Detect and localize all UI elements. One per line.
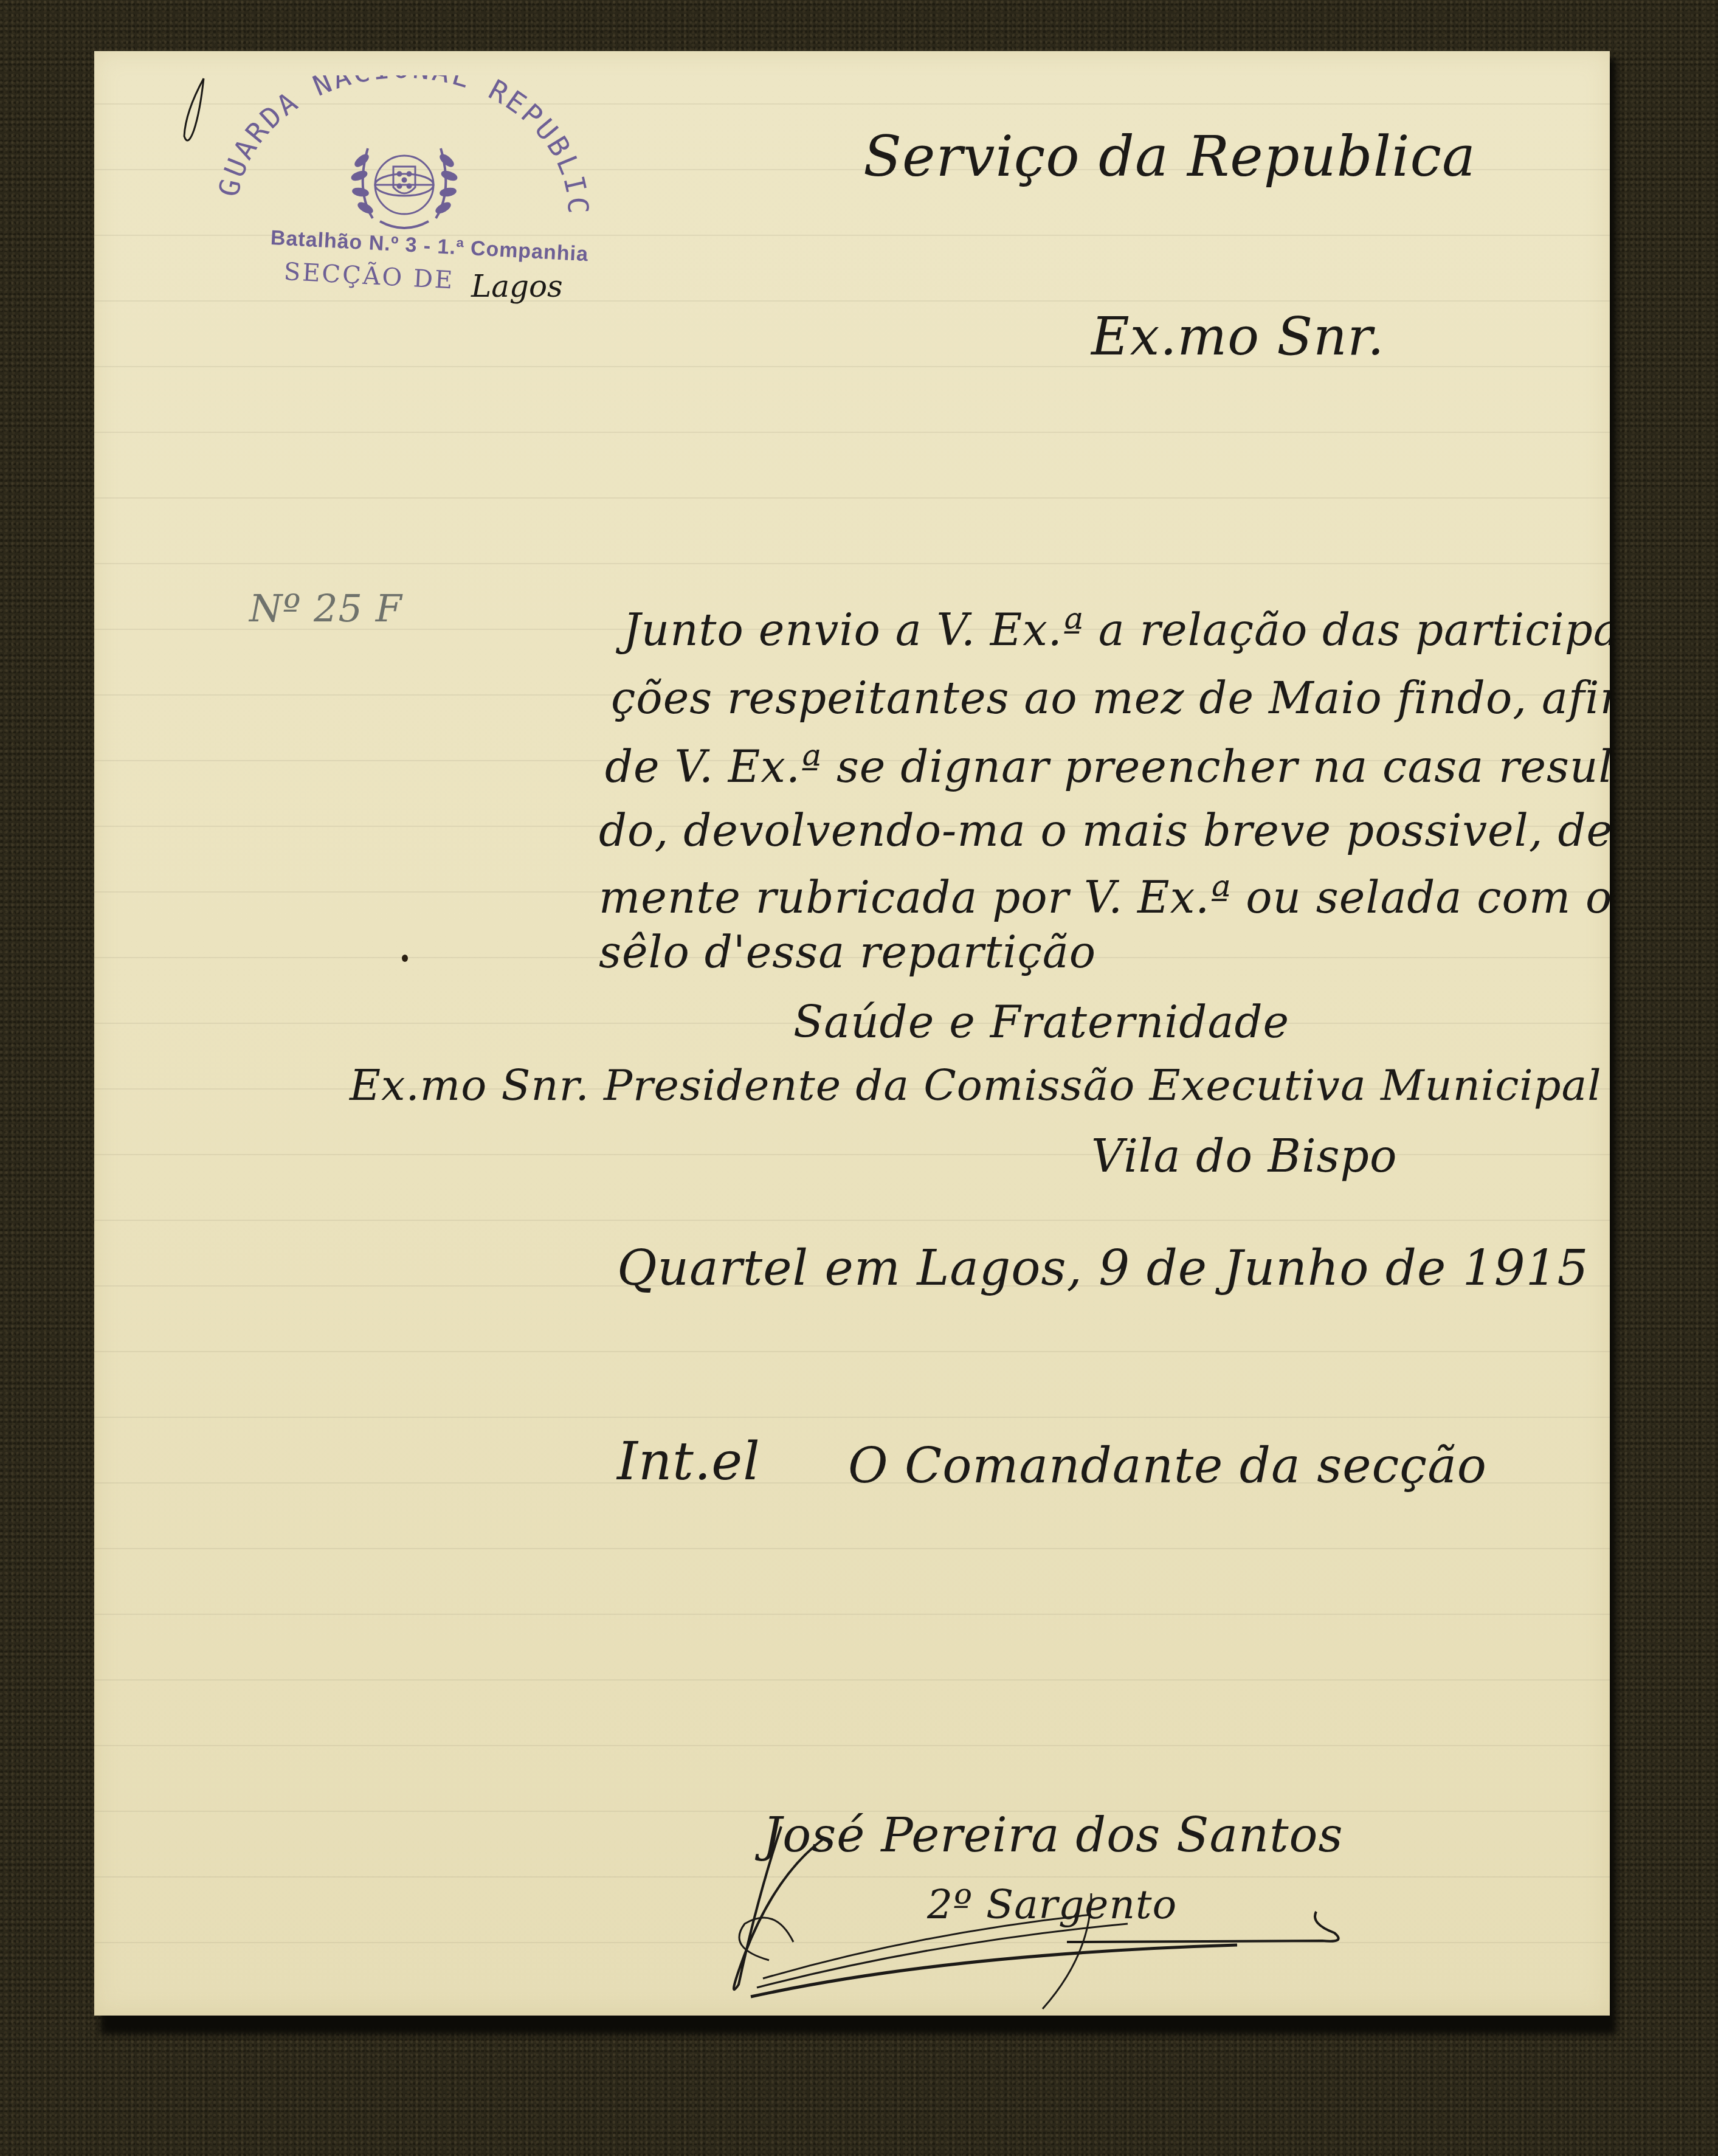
signoff-title: O Comandante da secção xyxy=(848,1437,1487,1494)
stamp-arc-text: GUARDA NACIONAL REPUBLICANA xyxy=(179,75,617,258)
reference-number: Nº 25 F xyxy=(249,586,402,631)
body-line-4: do, devolvendo-ma o mais breve possivel,… xyxy=(599,805,1610,856)
body-line-6: sêlo d'essa repartição xyxy=(599,927,1096,978)
ink-dot xyxy=(402,955,408,962)
body-line-2: ções respeitantes ao mez de Maio findo, … xyxy=(611,672,1610,724)
salutation: Ex.mo Snr. xyxy=(1091,306,1385,367)
body-line-5: mente rubricada por V. Ex.ª ou selada co… xyxy=(599,872,1610,923)
stamp-section-line: SECÇÃO DE xyxy=(283,258,455,295)
armillary-sphere-icon xyxy=(375,156,433,214)
letter-sheet: GUARDA NACIONAL REPUBLICANA xyxy=(94,51,1610,2016)
laurel-icon xyxy=(351,148,457,228)
lagos-flourish xyxy=(179,75,216,148)
closing-salutation: Saúde e Fraternidade xyxy=(793,997,1289,1048)
body-line-3: de V. Ex.ª se dignar preencher na casa r… xyxy=(605,741,1610,792)
addressee-line-1: Ex.mo Snr. Presidente da Comissão Execut… xyxy=(350,1060,1610,1110)
signoff-prefix: Int.el xyxy=(617,1431,761,1492)
dateline: Quartel em Lagos, 9 de Junho de 1915 xyxy=(617,1240,1589,1296)
addressee-line-2: Vila do Bispo xyxy=(1091,1130,1398,1183)
signature-flourish xyxy=(702,1802,1553,2016)
gnr-stamp: GUARDA NACIONAL REPUBLICANA xyxy=(179,75,617,361)
svg-text:GUARDA NACIONAL REPUBLICANA: GUARDA NACIONAL REPUBLICANA xyxy=(179,75,595,217)
body-line-1: Junto envio a V. Ex.ª a relação das part… xyxy=(623,604,1610,655)
stamp-handwritten-place: Lagos xyxy=(471,269,563,304)
stamp-arc-label: GUARDA NACIONAL REPUBLICANA xyxy=(179,75,595,217)
header-title: Serviço da Republica xyxy=(863,124,1476,189)
